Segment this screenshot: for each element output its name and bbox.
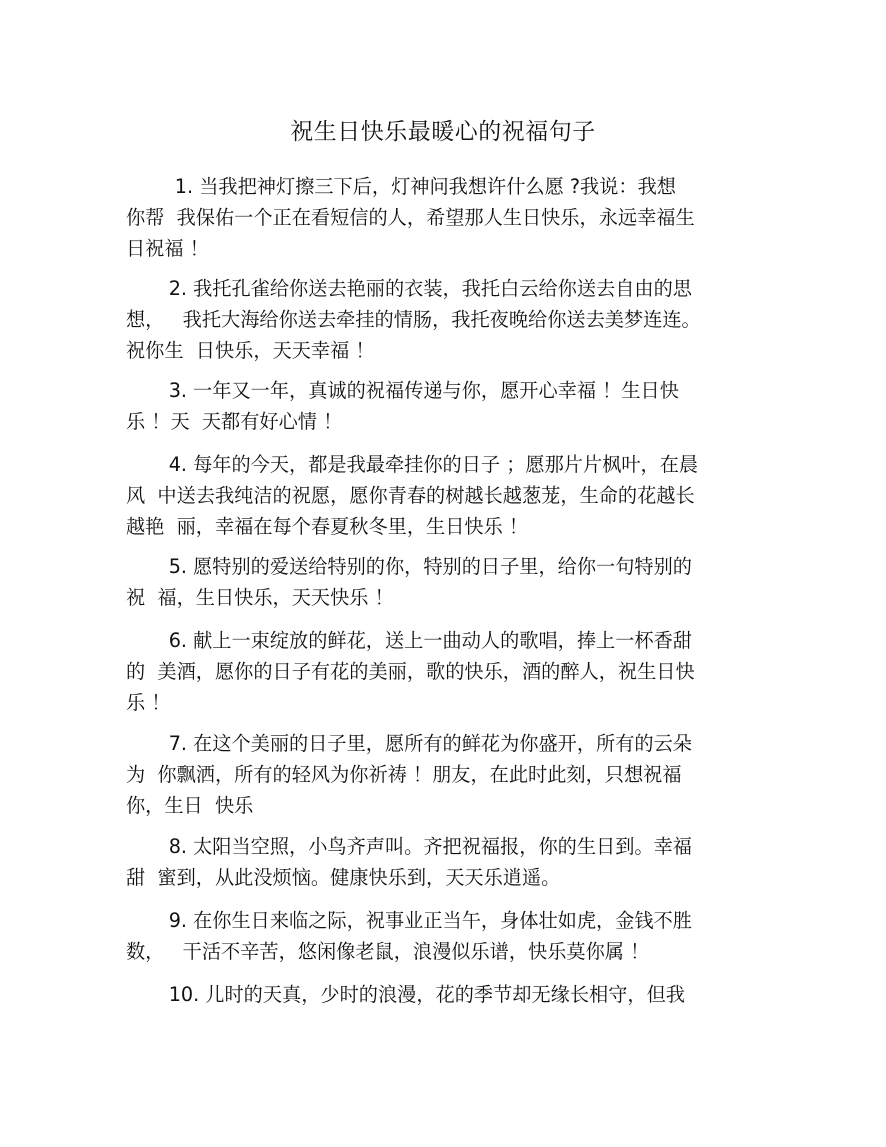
paragraph-7-line-3: 你，生日 快乐 bbox=[126, 793, 253, 819]
paragraph-1-line-3: 日祝福 ！ bbox=[126, 236, 209, 262]
paragraph-4-line-2: 风 中送去我纯洁的祝愿，愿你青春的树越长越葱茏，生命的花越长 bbox=[126, 483, 695, 509]
paragraph-2-line-2: 想， 我托大海给你送去牵挂的情肠，我托夜晚给你送去美梦连连。 bbox=[126, 307, 701, 333]
paragraph-10-line-1: 10. 儿时的天真，少时的浪漫，花的季节却无缘长相守，但我 bbox=[126, 982, 685, 1008]
paragraph-2-line-1: 2. 我托孔雀给你送去艳丽的衣装，我托白云给你送去自由的思 bbox=[126, 276, 692, 302]
paragraph-6-line-1: 6. 献上一束绽放的鲜花，送上一曲动人的歌唱，捧上一杯香甜 bbox=[126, 628, 692, 654]
paragraph-4-line-3: 越艳 丽，幸福在每个春夏秋冬里，生日快乐 ！ bbox=[126, 514, 528, 540]
paragraph-1-line-1: 1. 当我把神灯擦三下后，灯神问我想许什么愿 ?我说：我想 bbox=[126, 174, 676, 200]
paragraph-6-line-3: 乐 ！ bbox=[126, 690, 170, 716]
paragraph-3-line-1: 3. 一年又一年，真诚的祝福传递与你，愿开心幸福 ！生日快 bbox=[126, 378, 679, 404]
paragraph-5-line-1: 5. 愿特别的爱送给特别的你，特别的日子里，给你一句特别的 bbox=[126, 554, 692, 580]
paragraph-1-line-2: 你帮 我保佑一个正在看短信的人，希望那人生日快乐，永远幸福生 bbox=[126, 205, 695, 231]
paragraph-9-line-1: 9. 在你生日来临之际，祝事业正当午，身体壮如虎，金钱不胜 bbox=[126, 908, 692, 934]
paragraph-2-line-3: 祝你生 日快乐，天天幸福 ！ bbox=[126, 338, 375, 364]
paragraph-3-line-2: 乐 ！天 天都有好心情 ！ bbox=[126, 409, 342, 435]
paragraph-9-line-2: 数， 干活不辛苦，悠闲像老鼠，浪漫似乐谱，快乐莫你属 ！ bbox=[126, 939, 649, 965]
paragraph-8-line-1: 8. 太阳当空照，小鸟齐声叫。齐把祝福报，你的生日到。幸福 bbox=[126, 834, 692, 860]
paragraph-4-line-1: 4. 每年的今天，都是我最牵挂你的日子 ；愿那片片枫叶，在晨 bbox=[126, 452, 698, 478]
paragraph-7-line-2: 为 你飘洒，所有的轻风为你祈祷 ！朋友，在此时此刻，只想祝福 bbox=[126, 762, 682, 788]
paragraph-6-line-2: 的 美酒，愿你的日子有花的美丽，歌的快乐，酒的醉人，祝生日快 bbox=[126, 659, 695, 685]
document-title: 祝生日快乐最暖心的祝福句子 bbox=[0, 116, 886, 148]
document-page: 祝生日快乐最暖心的祝福句子 1. 当我把神灯擦三下后，灯神问我想许什么愿 ?我说… bbox=[0, 0, 886, 1147]
paragraph-7-line-1: 7. 在这个美丽的日子里，愿所有的鲜花为你盛开，所有的云朵 bbox=[126, 731, 692, 757]
paragraph-8-line-2: 甜 蜜到，从此没烦恼。健康快乐到，天天乐逍遥。 bbox=[126, 865, 560, 891]
paragraph-5-line-2: 祝 福，生日快乐，天天快乐 ！ bbox=[126, 585, 394, 611]
